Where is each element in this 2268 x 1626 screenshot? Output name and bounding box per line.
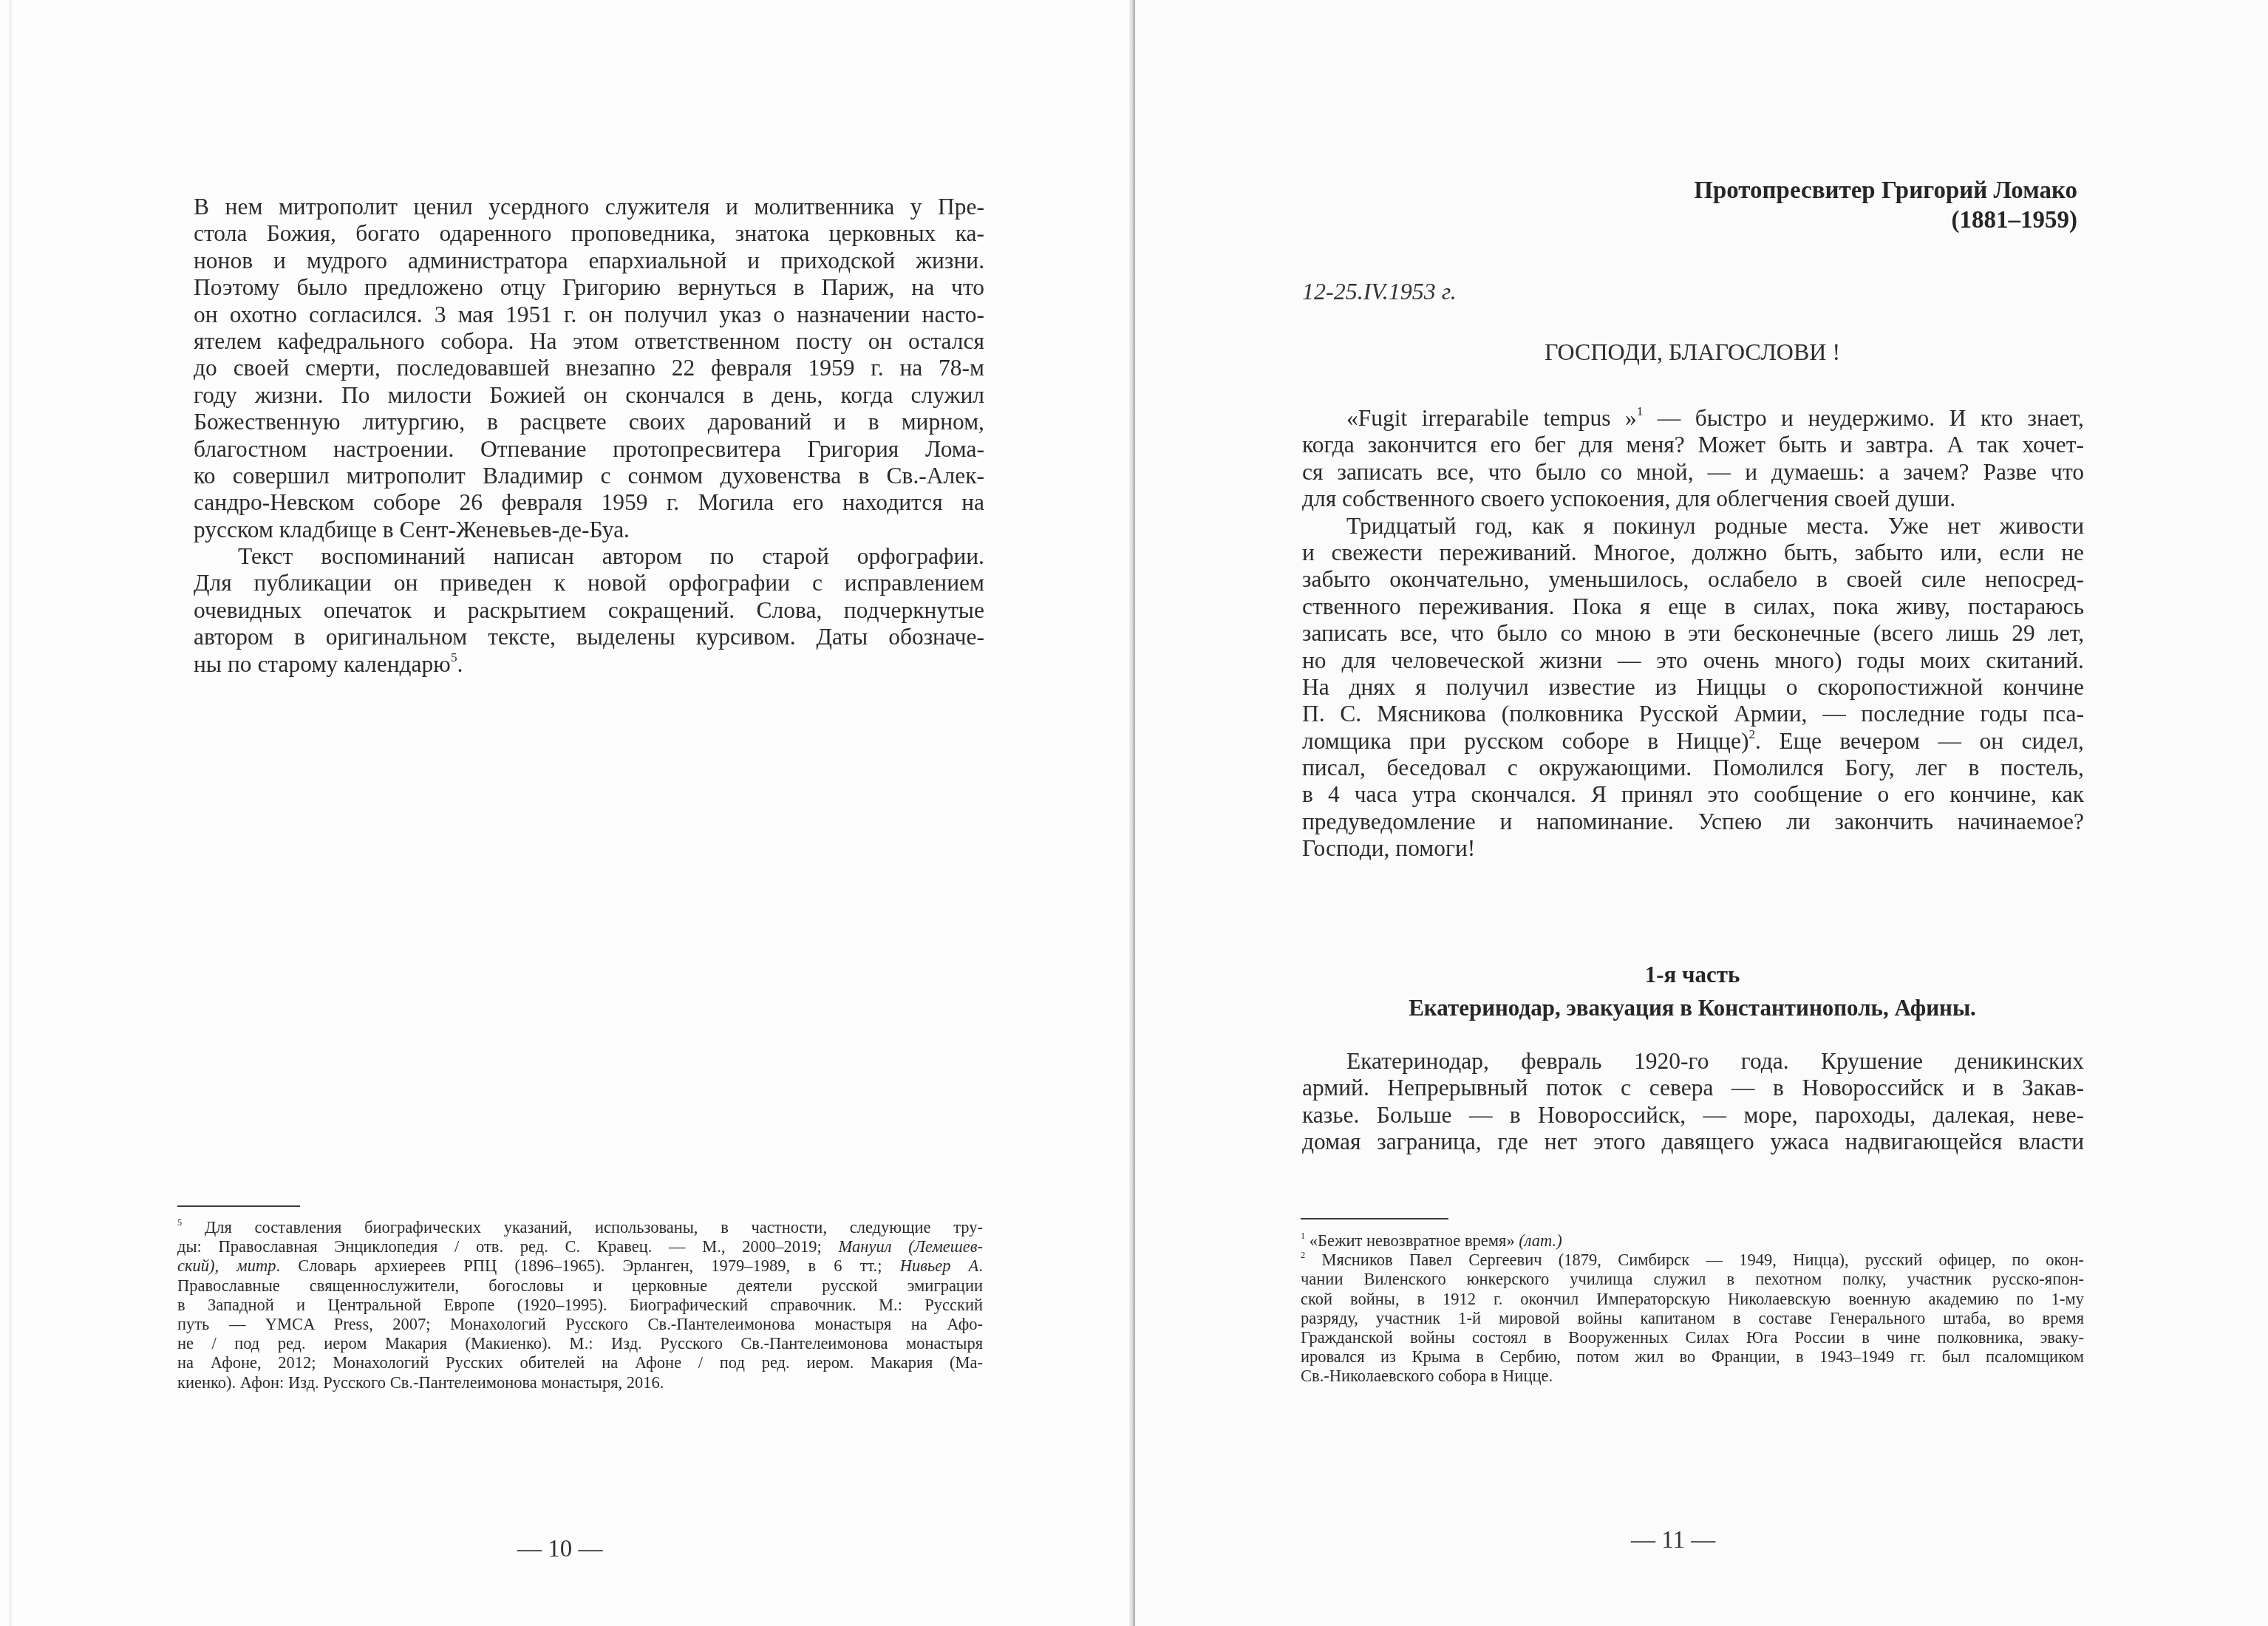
right-body-text: «Fugit irreparabile tempus »1 — быстро и…: [1302, 405, 2084, 863]
text-line: предуведомление и напоминание. Успею ли …: [1302, 809, 2084, 835]
footnote-5: 5 Для составления биографических указани…: [177, 1218, 983, 1392]
italic-text: (лат.): [1519, 1231, 1562, 1250]
text-line: На днях я получил известие из Ниццы о ск…: [1302, 674, 2084, 701]
diary-date: 12-25.IV.1953 г.: [1302, 278, 1457, 305]
page-number: — 10 —: [517, 1536, 603, 1563]
text-line: ственного переживания. Пока я еще в сила…: [1302, 593, 2084, 620]
text-line: когда закончится его бег для меня? Может…: [1302, 432, 2084, 458]
footnote-reference[interactable]: 1: [1637, 404, 1644, 418]
text-line: записать все, что было со мною в эти бес…: [1302, 620, 2084, 647]
text-line: ды: Православная Энциклопедия / отв. ред…: [177, 1237, 983, 1256]
text-line: чании Виленского юнкерского училища служ…: [1301, 1270, 2084, 1289]
part-title: Екатеринодар, эвакуация в Константинопол…: [1301, 991, 2084, 1024]
footnote-reference[interactable]: 5: [451, 650, 457, 664]
text-line: домая заграница, где нет этого давящего …: [1302, 1129, 2084, 1155]
chapter-title: Протопресвитер Григорий Ломако (1881–195…: [1694, 176, 2077, 235]
footnote-reference[interactable]: 2: [1301, 1250, 1305, 1260]
text-line: Текст воспоминаний написан автором по ст…: [194, 543, 984, 570]
text-line: и свежести переживаний. Многое, должно б…: [1302, 540, 2084, 566]
paragraph: Текст воспоминаний написан автором по ст…: [194, 543, 984, 678]
italic-text: Нивьер А: [900, 1256, 979, 1275]
text-line: 2 Мясников Павел Сергеевич (1879, Симбир…: [1301, 1251, 2084, 1270]
text-line: армий. Непрерывный поток с севера — в Но…: [1302, 1075, 2084, 1101]
author-name: Протопресвитер Григорий Ломако: [1694, 176, 2077, 205]
text-line: путь — YMCA Press, 2007; Монахологий Рус…: [177, 1315, 983, 1334]
paragraph: «Fugit irreparabile tempus »1 — быстро и…: [1302, 405, 2084, 513]
text-line: П. С. Мясникова (полковника Русской Арми…: [1302, 701, 2084, 727]
italic-text: Мануил (Лемешев-: [839, 1237, 983, 1256]
text-line: Божественную литургию, в расцвете своих …: [194, 409, 984, 435]
text-line: для собственного своего успокоения, для …: [1302, 486, 2084, 512]
text-line: сандро-Невском соборе 26 февраля 1959 г.…: [194, 489, 984, 516]
text-line: Тридцатый год, как я покинул родные мест…: [1302, 513, 2084, 540]
text-line: в 4 часа утра скончался. Я принял это со…: [1302, 781, 2084, 808]
text-line: Господи, помоги!: [1302, 835, 2084, 862]
text-line: ской войны, в 1912 г. окончил Императорс…: [1301, 1290, 2084, 1309]
text-line: казье. Больше — в Новороссийск, — море, …: [1302, 1102, 2084, 1129]
text-line: писал, беседовал с окружающими. Помолилс…: [1302, 755, 2084, 781]
text-line: нонов и мудрого администратора епархиаль…: [194, 248, 984, 274]
footnote-reference[interactable]: 2: [1748, 727, 1755, 741]
text-line: ся записать все, что было со мной, — и д…: [1302, 459, 2084, 486]
text-line: ко совершил митрополит Владимир с сонмом…: [194, 463, 984, 489]
blessing-heading: ГОСПОДИ, БЛАГОСЛОВИ !: [1301, 339, 2084, 366]
text-line: 5 Для составления биографических указани…: [177, 1218, 983, 1237]
page-edge: [9, 0, 12, 1626]
part-label: 1-я часть: [1301, 958, 2084, 991]
text-line: ский), митр. Словарь архиереев РПЦ (1896…: [177, 1256, 983, 1276]
text-line: Св.-Николаевского собора в Ницце.: [1301, 1367, 2084, 1386]
footnotes-right: 1 «Бежит невозвратное время» (лат.)2 Мяс…: [1301, 1231, 2084, 1387]
text-line: «Fugit irreparabile tempus »1 — быстро и…: [1302, 405, 2084, 432]
text-line: В нем митрополит ценил усердного служите…: [194, 194, 984, 220]
page-number: — 11 —: [1631, 1527, 1715, 1554]
text-line: он охотно согласился. 3 мая 1951 г. он п…: [194, 302, 984, 328]
text-line: Православные священнослужители, богослов…: [177, 1276, 983, 1296]
text-line: Для публикации он приведен к новой орфог…: [194, 570, 984, 596]
text-line: автором в оригинальном тексте, выделены …: [194, 624, 984, 650]
text-line: благостном настроении. Отпевание протопр…: [194, 436, 984, 463]
text-line: Поэтому было предложено отцу Григорию ве…: [194, 274, 984, 301]
text-line: году жизни. По милости Божией он скончал…: [194, 382, 984, 409]
left-body-text: В нем митрополит ценил усердного служите…: [194, 194, 984, 678]
text-line: не / под ред. иером Макария (Макиенко). …: [177, 1334, 983, 1353]
text-line: в Западной и Центральной Европе (1920–19…: [177, 1296, 983, 1315]
text-line: ломщика при русском соборе в Ницце)2. Ещ…: [1302, 728, 2084, 755]
text-line: стола Божия, богато одаренного проповедн…: [194, 220, 984, 247]
text-line: Гражданской войны состоял в Вооруженных …: [1301, 1328, 2084, 1347]
right-body-text-continued: Екатеринодар, февраль 1920-го года. Круш…: [1302, 1048, 2084, 1156]
text-line: 1 «Бежит невозвратное время» (лат.): [1301, 1231, 2084, 1251]
footnote-reference[interactable]: 5: [177, 1217, 182, 1228]
text-line: на Афоне, 2012; Монахологий Русских обит…: [177, 1353, 983, 1372]
paragraph: Тридцатый год, как я покинул родные мест…: [1302, 513, 2084, 863]
text-line: очевидных опечаток и раскрытием сокращен…: [194, 597, 984, 624]
paragraph: В нем митрополит ценил усердного служите…: [194, 194, 984, 543]
text-line: но для человеческой жизни — это очень мн…: [1302, 647, 2084, 674]
text-line: забыто окончательно, уменьшилось, ослабе…: [1302, 566, 2084, 593]
section-heading: 1-я часть Екатеринодар, эвакуация в Конс…: [1301, 958, 2084, 1024]
footnote-reference[interactable]: 1: [1301, 1231, 1305, 1241]
text-line: ятелем кафедрального собора. На этом отв…: [194, 328, 984, 355]
author-years: (1881–1959): [1694, 205, 2077, 235]
text-line: разряду, участник 1-й мировой войны капи…: [1301, 1309, 2084, 1328]
paragraph: Екатеринодар, февраль 1920-го года. Круш…: [1302, 1048, 2084, 1156]
italic-text: ский), митр: [177, 1256, 276, 1275]
text-line: русском кладбище в Сент-Женевьев-де-Буа.: [194, 517, 984, 543]
text-line: Екатеринодар, февраль 1920-го года. Круш…: [1302, 1048, 2084, 1075]
text-line: ны по старому календарю5.: [194, 651, 984, 678]
text-line: ировался из Крыма в Сербию, потом жил во…: [1301, 1347, 2084, 1367]
footnote-separator: [1301, 1218, 1448, 1219]
left-page: В нем митрополит ценил усердного служите…: [0, 0, 1131, 1626]
footnote-separator: [177, 1205, 300, 1207]
text-line: киенко). Афон: Изд. Русского Св.-Пантеле…: [177, 1373, 983, 1392]
text-line: до своей смерти, последовавшей внезапно …: [194, 355, 984, 381]
